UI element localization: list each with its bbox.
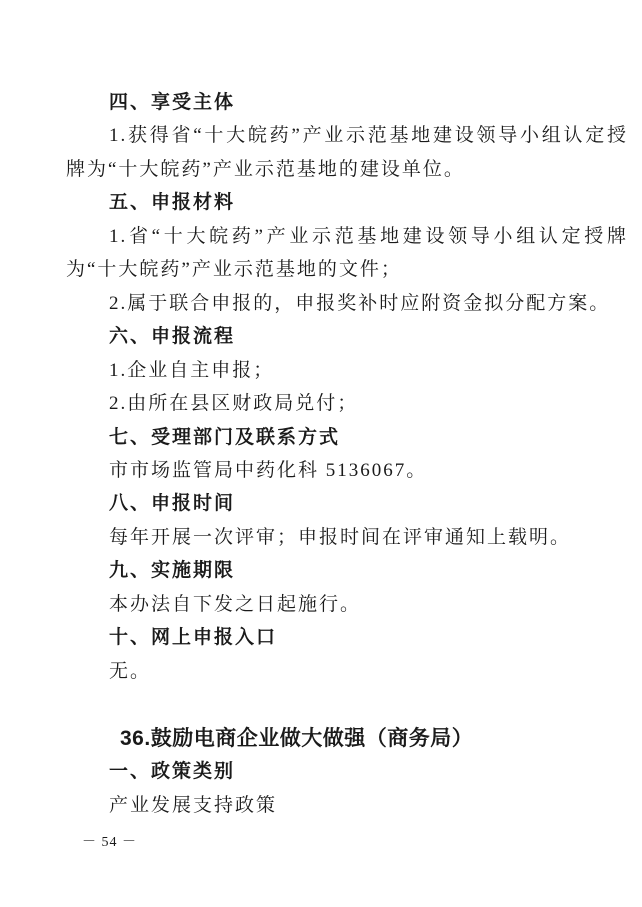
paragraph-eligible-entity: 1.获得省“十大皖药”产业示范基地建设领导小组认定授牌为“十大皖药”产业示范基地… [66, 119, 628, 186]
paragraph-material-1: 1.省“十大皖药”产业示范基地建设领导小组认定授牌为“十大皖药”产业示范基地的文… [66, 220, 628, 287]
paragraph-duration: 本办法自下发之日起施行。 [66, 588, 628, 621]
paragraph-material-2: 2.属于联合申报的，申报奖补时应附资金拟分配方案。 [66, 287, 628, 320]
paragraph-process-1: 1.企业自主申报； [66, 354, 628, 387]
section-heading-9: 九、实施期限 [66, 554, 628, 587]
section-heading-4: 四、享受主体 [66, 86, 628, 119]
paragraph-contact: 市市场监管局中药化科 5136067。 [66, 454, 628, 487]
paragraph-policy-category: 产业发展支持政策 [66, 789, 628, 822]
page-number: － 54 － [82, 831, 137, 851]
section-heading-7: 七、受理部门及联系方式 [66, 421, 628, 454]
section-heading-1: 一、政策类别 [66, 755, 628, 788]
section-heading-8: 八、申报时间 [66, 487, 628, 520]
paragraph-apply-time: 每年开展一次评审；申报时间在评审通知上载明。 [66, 521, 628, 554]
paragraph-online-entry: 无。 [66, 655, 628, 688]
section-heading-10: 十、网上申报入口 [66, 621, 628, 654]
policy-title-36: 36.鼓励电商企业做大做强（商务局） [66, 722, 628, 755]
paragraph-process-2: 2.由所在县区财政局兑付； [66, 387, 628, 420]
document-body: 四、享受主体 1.获得省“十大皖药”产业示范基地建设领导小组认定授牌为“十大皖药… [66, 86, 628, 822]
document-page: 四、享受主体 1.获得省“十大皖药”产业示范基地建设领导小组认定授牌为“十大皖药… [0, 0, 642, 907]
section-heading-5: 五、申报材料 [66, 186, 628, 219]
section-heading-6: 六、申报流程 [66, 320, 628, 353]
